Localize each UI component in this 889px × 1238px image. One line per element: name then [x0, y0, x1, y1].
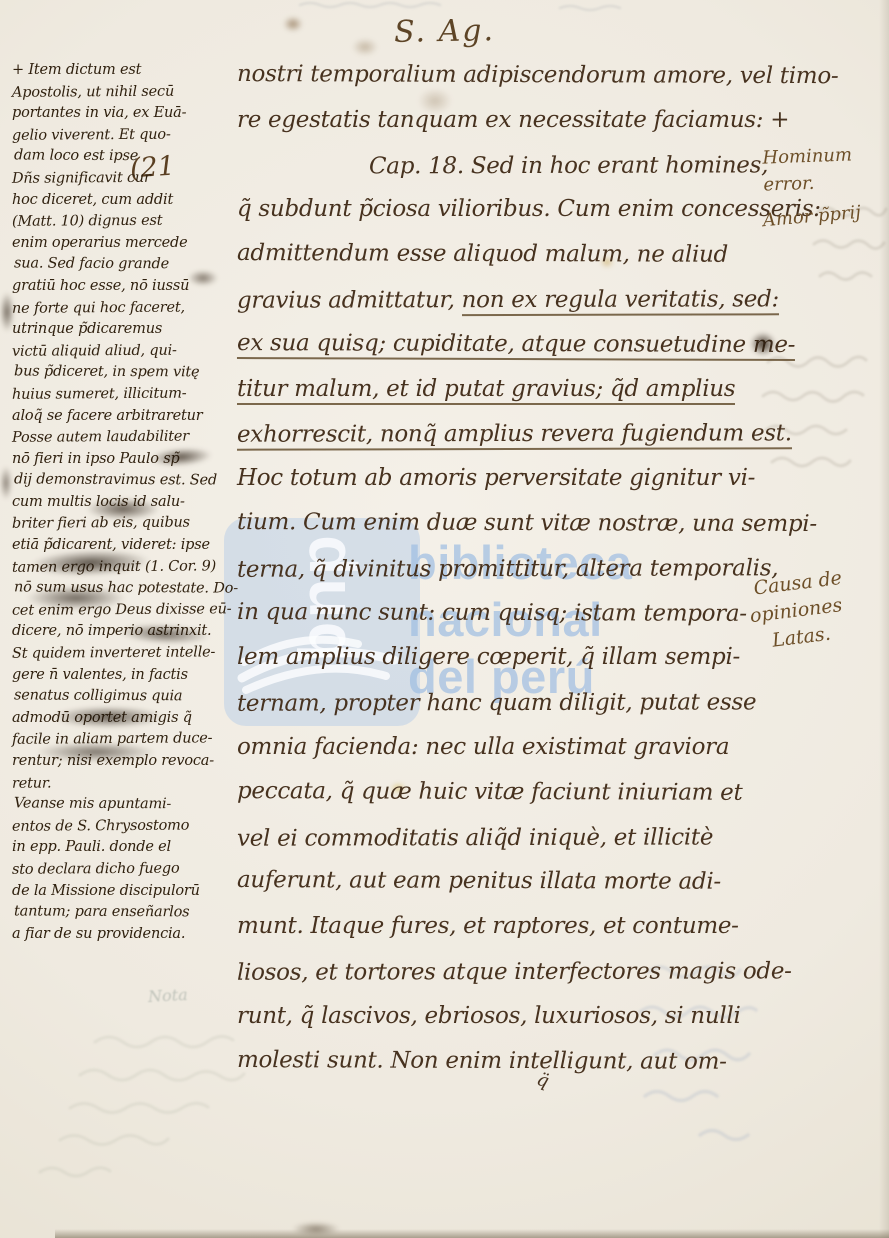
main-text: nostri temporalium adipiscendorum amore,… [237, 62, 782, 1092]
margin-gloss-line: gelio viverent. Et quo- [12, 126, 238, 149]
manuscript-line: gravius admittatur, non ex regula verita… [237, 286, 782, 332]
ink-blot [0, 466, 12, 500]
manuscript-line: liosos, et tortores atque interfectores … [237, 958, 782, 1004]
margin-gloss-line: bus p̃diceret, in spem vitę [14, 364, 240, 387]
manuscript-line: admittendum esse aliquod malum, ne aliud [237, 240, 782, 287]
margin-gloss-line: dam loco est ipse [14, 148, 240, 171]
manuscript-line: in qua nunc sunt: cum quisq; istam tempo… [237, 599, 782, 646]
margin-gloss-line: entos de S. Chrysostomo [12, 817, 238, 840]
ink-blot [52, 706, 164, 728]
faint-bleed-word: Nota [148, 985, 189, 1006]
ink-blot [86, 498, 160, 520]
manuscript-line: molesti sunt. Non enim intelligunt, aut … [237, 1047, 782, 1094]
margin-gloss-line: aloq̃ se facere arbitraretur [12, 408, 238, 430]
manuscript-line: exhorrescit, nonq̃ amplius revera fugien… [237, 421, 782, 467]
margin-gloss-line: portantes in via, ex Euā- [12, 105, 238, 127]
margin-gloss-line: tantum; para enseñarlos [14, 904, 240, 927]
manuscript-line: ternam, propter hanc quam diligit, putat… [237, 689, 782, 735]
margin-gloss-line: utrinque p̃dicaremus [12, 321, 238, 343]
manuscript-line: re egestatis tanquam ex necessitate faci… [237, 107, 782, 152]
margin-gloss-line: (Matt. 10) dignus est [12, 212, 238, 235]
margin-gloss-line: St quidem inverteret intelle- [12, 644, 238, 667]
ink-blot [26, 586, 126, 610]
margin-gloss-line: gere n̄ valentes, in factis [12, 667, 238, 689]
margin-gloss-line: huius sumeret, illicitum- [12, 385, 238, 408]
margin-gloss-line: Posse autem laudabiliter [12, 428, 238, 451]
margin-note-line: error. [763, 171, 854, 201]
manuscript-line: peccata, q̃ quæ huic vitæ faciunt iniuri… [237, 778, 782, 825]
page-right-edge [879, 0, 889, 1238]
margin-gloss-line: de la Missione discipulorū [12, 883, 238, 905]
margin-gloss-line: Apostolis, ut nihil secū [12, 83, 238, 106]
ink-blot [0, 292, 14, 332]
manuscript-line: tium. Cum enim duæ sunt vitæ nostræ, una… [237, 509, 782, 556]
manuscript-line: q̃ subdunt p̃ciosa vilioribus. Cum enim … [237, 196, 782, 241]
margin-gloss-line: dij demonstravimus est. Sed [14, 472, 240, 495]
margin-note-hominum-error: Hominumerror. [762, 144, 853, 201]
manuscript-line: ex sua quisq; cupiditate, atque consuetu… [237, 330, 782, 377]
margin-gloss-line: ne forte qui hoc faceret, [12, 299, 238, 322]
margin-gloss-line: + Item dictum est [12, 62, 238, 84]
manuscript-line: lem amplius diligere cœperit, q̃ illam s… [237, 644, 782, 689]
margin-gloss-line: in epp. Pauli. donde el [12, 839, 238, 861]
ink-blot [36, 742, 156, 762]
manuscript-line: nostri temporalium adipiscendorum amore,… [237, 61, 782, 108]
manuscript-line: titur malum, et id putat gravius; q̃d am… [237, 376, 782, 421]
margin-gloss-line: a fiar de su providencia. [12, 926, 238, 948]
margin-gloss-line: Dñs significavit cur [12, 169, 238, 192]
manuscript-line: auferunt, aut eam penitus illata morte a… [237, 867, 782, 914]
margin-gloss-line: victū aliquid aliud, qui- [12, 342, 238, 365]
manuscript-line: runt, q̃ lascivos, ebriosos, luxuriosos,… [237, 1003, 782, 1048]
manuscript-line: Cap. 18. Sed in hoc erant homines, [237, 152, 782, 198]
ink-blot [188, 270, 218, 286]
manuscript-page-scan: Nota bnp bibliotecanacionaldel perú S. A… [0, 0, 889, 1238]
manuscript-line: munt. Itaque fures, et raptores, et cont… [237, 913, 782, 958]
margin-gloss-line: hoc diceret, cum addit [12, 192, 238, 214]
manuscript-line: vel ei commoditatis aliq̃d iniquè, et il… [237, 824, 782, 870]
manuscript-line: Hoc totum ab amoris perversitate gignitu… [237, 465, 782, 510]
margin-gloss-line: sto declara dicho fuego [12, 860, 238, 883]
margin-gloss-line: Veanse mis apuntami- [14, 796, 240, 819]
margin-gloss-line: retur. [12, 774, 238, 797]
margin-note-line: Hominum [762, 144, 853, 174]
manuscript-line: omnia facienda: nec ulla existimat gravi… [237, 734, 782, 779]
margin-gloss-line: enim operarius mercede [12, 235, 238, 257]
page-bottom-edge [55, 1229, 889, 1238]
ink-blot [750, 332, 776, 356]
manuscript-line: terna, q̃ divinitus promittitur, altera … [237, 555, 782, 601]
margin-note-causa-opiniones: Causa deopinionesLatas. [752, 567, 850, 658]
